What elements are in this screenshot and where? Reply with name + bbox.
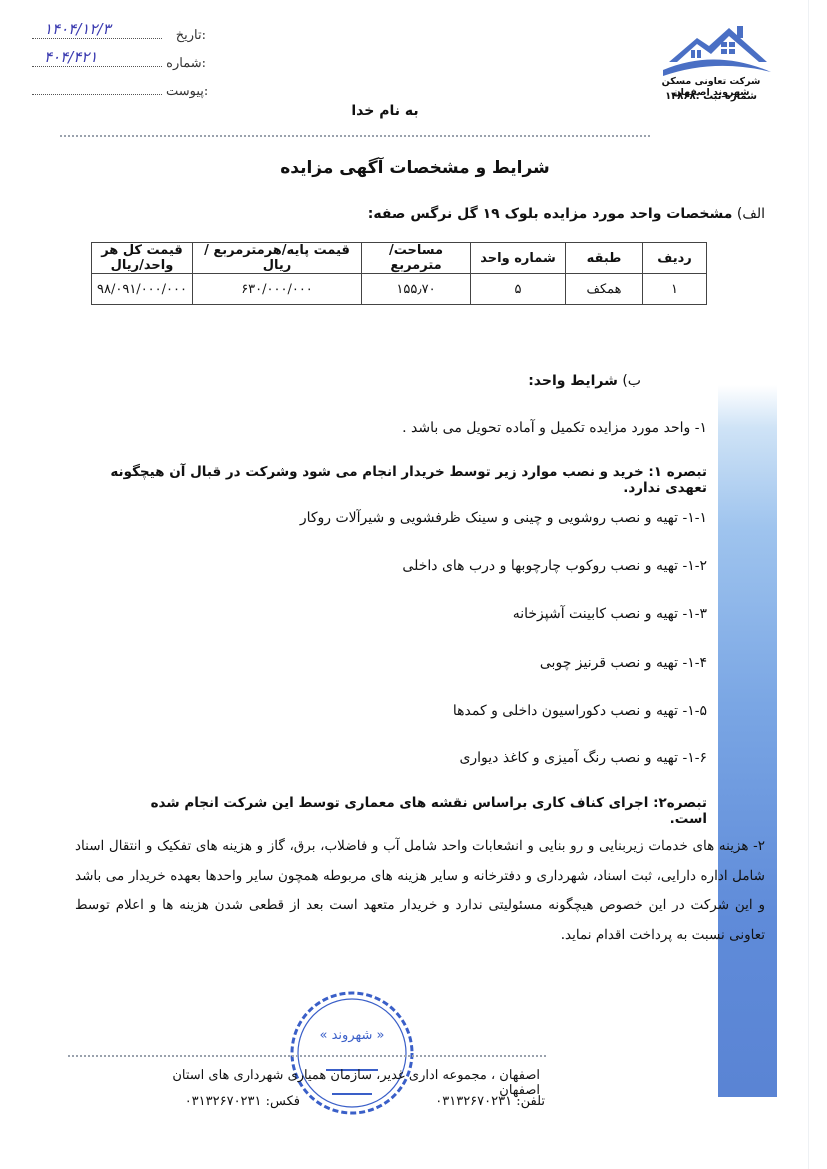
cell-base-price: ۶۳۰/۰۰۰/۰۰۰: [193, 274, 362, 305]
list-item-1-5: ۱-۵- تهیه و نصب دکوراسیون داخلی و کمدها: [187, 703, 707, 719]
col-unit-number: شماره واحد: [471, 243, 566, 274]
attachment-field: [32, 80, 162, 95]
col-base-price: قیمت پایه/هرمترمربع /ریال: [193, 243, 362, 274]
number-value: ۴۰۴/۴۲۱: [44, 48, 97, 66]
attachment-label: پیوست:: [166, 84, 206, 99]
cell-row-number: ۱: [643, 274, 707, 305]
page-title: شرایط و مشخصات آگهی مزایده: [250, 158, 580, 178]
stamp-text: « شهروند »: [282, 1028, 422, 1043]
number-label: شماره:: [166, 56, 206, 71]
fax-label: فکس:: [266, 1094, 300, 1109]
col-total-price: قیمت کل هر واحد/ریال: [92, 243, 193, 274]
list-item-1-6: ۱-۶- تهیه و نصب رنگ آمیزی و کاغذ دیواری: [187, 750, 707, 766]
col-row-number: ردیف: [643, 243, 707, 274]
attachment-row: پیوست:: [26, 80, 206, 108]
number-field: ۴۰۴/۴۲۱: [32, 52, 162, 67]
section-b-prefix: ب): [622, 373, 641, 389]
condition-2: ۲- هزینه های خدمات زیربنایی و رو بنایی و…: [75, 832, 765, 950]
cell-unit-number: ۵: [471, 274, 566, 305]
unit-specs-table: ردیف طبقه شماره واحد مساحت/مترمربع قیمت …: [91, 242, 707, 305]
date-value: ۱۴۰۴/۱۲/۳: [44, 20, 111, 38]
list-item-1-3: ۱-۳- تهیه و نصب کابینت آشپزخانه: [187, 606, 707, 622]
section-b-title: شرایط واحد:: [528, 373, 618, 389]
table-header-row: ردیف طبقه شماره واحد مساحت/مترمربع قیمت …: [92, 243, 707, 274]
phone-value: ۰۳۱۳۲۶۷۰۲۳۱: [435, 1094, 512, 1109]
footer-divider: [68, 1055, 546, 1057]
company-stamp-icon: « شهروند »: [282, 988, 422, 1118]
footer-fax: فکس: ۰۳۱۳۲۶۷۰۲۳۱: [150, 1094, 300, 1109]
phone-label: تلفن:: [516, 1094, 545, 1109]
page-edge-line: [808, 0, 809, 1169]
table-row: ۱ همکف ۵ ۱۵۵٫۷۰ ۶۳۰/۰۰۰/۰۰۰ ۹۸/۰۹۱/۰۰۰/۰…: [92, 274, 707, 305]
section-b-heading: ب) شرایط واحد:: [341, 373, 641, 389]
col-floor: طبقه: [566, 243, 643, 274]
cell-floor: همکف: [566, 274, 643, 305]
cell-area: ۱۵۵٫۷۰: [362, 274, 471, 305]
footer-phone: تلفن: ۰۳۱۳۲۶۷۰۲۳۱: [425, 1094, 545, 1109]
number-row: شماره: ۴۰۴/۴۲۱: [26, 52, 206, 80]
letter-meta: تاریخ: ۱۴۰۴/۱۲/۳ شماره: ۴۰۴/۴۲۱ پیوست:: [26, 24, 206, 108]
section-a-prefix: الف): [737, 206, 765, 222]
list-item-1-2: ۱-۲- تهیه و نصب روکوب چارچوبها و درب های…: [187, 558, 707, 574]
fax-value: ۰۳۱۳۲۶۷۰۲۳۱: [185, 1094, 262, 1109]
section-a-heading: الف) مشخصات واحد مورد مزایده بلوک ۱۹ گل …: [265, 206, 765, 222]
company-registration: شماره ثبت :۱۴۸۶۸: [655, 91, 767, 102]
decorative-blue-strip: [718, 385, 777, 1097]
list-item-1-4: ۱-۴- تهیه و نصب قرنیز چوبی: [187, 655, 707, 671]
col-area: مساحت/مترمربع: [362, 243, 471, 274]
bismillah: به نام خدا: [330, 103, 440, 119]
note-1: تبصره ۱: خرید و نصب موارد زیر توسط خریدا…: [67, 464, 707, 496]
list-item-1-1: ۱-۱- تهیه و نصب روشویی و چینی و سینک ظرف…: [187, 510, 707, 526]
cell-total-price: ۹۸/۰۹۱/۰۰۰/۰۰۰: [92, 274, 193, 305]
date-label: تاریخ:: [166, 28, 206, 43]
date-field: ۱۴۰۴/۱۲/۳: [32, 24, 162, 39]
note-2: تبصره۲: اجرای کناف کاری براساس نقشه های …: [147, 795, 707, 827]
header-divider: [60, 135, 650, 137]
section-a-title: مشخصات واحد مورد مزایده بلوک ۱۹ گل نرگس …: [368, 206, 733, 222]
condition-1: ۱- واحد مورد مزایده تکمیل و آماده تحویل …: [207, 420, 707, 436]
